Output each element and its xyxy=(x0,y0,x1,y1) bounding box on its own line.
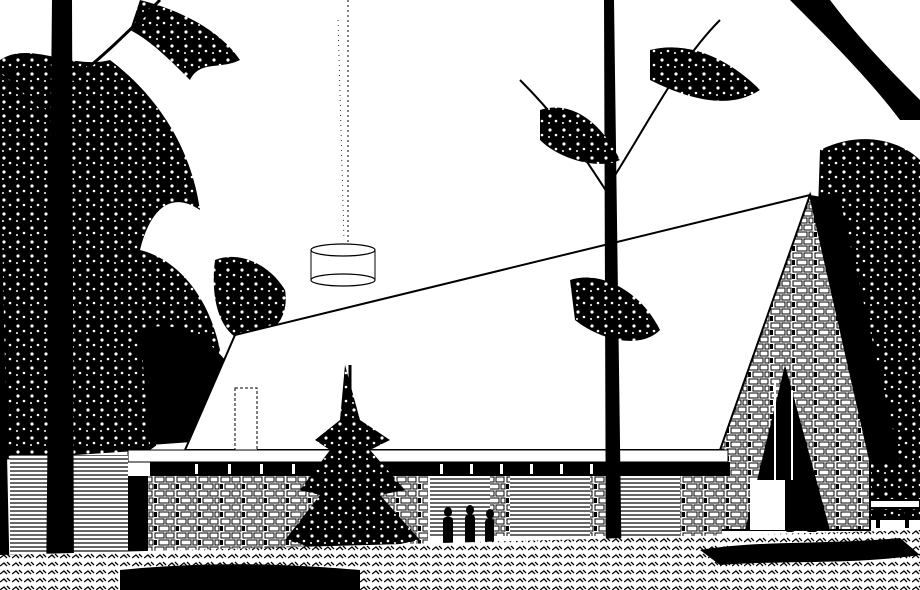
clerestory-band xyxy=(128,450,730,476)
chapel-illustration xyxy=(0,0,920,590)
chimney-vent xyxy=(235,388,257,450)
